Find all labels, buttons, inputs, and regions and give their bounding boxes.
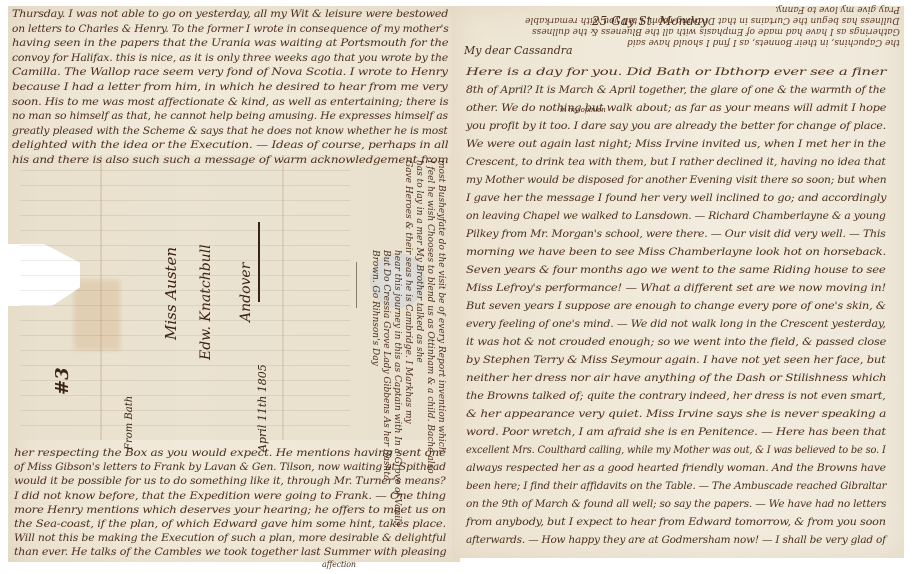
show-through-line: [20, 380, 350, 381]
handwritten-line: always respected her as a good hearted f…: [466, 462, 886, 474]
seal-edge: [356, 262, 357, 308]
handwritten-line: delighted with the idea or the Execution…: [12, 139, 448, 151]
salutation: My dear Cassandra: [464, 44, 573, 57]
interlineation: affection: [322, 560, 356, 569]
handwritten-line: you profit by it too. I dare say you are…: [466, 120, 886, 132]
handwritten-line: 8th of April? It is March & April togeth…: [466, 84, 886, 96]
handwritten-line: the Sea-coast, if the plan, of which Edw…: [14, 518, 446, 530]
handwritten-line: & her appearance very quiet. Miss Irvine…: [466, 408, 886, 420]
handwritten-line: afterwards. — How happy they are at Godm…: [466, 534, 886, 546]
handwritten-line: every feeling of one's mind. — We did no…: [466, 318, 886, 330]
upside-down-line: the Capuchins, in their Bonnets, as I fi…: [627, 37, 900, 47]
handwritten-line: because I had a letter from him, in whic…: [12, 81, 448, 93]
address-line-2: Edw. Knatchbull: [198, 244, 214, 360]
cross-written-line: has to lay in a mer My Brother talked as…: [414, 160, 424, 363]
show-through-line: [20, 215, 350, 216]
show-through-line: [20, 320, 350, 321]
show-through-line: [20, 260, 350, 261]
show-through-line: [20, 395, 350, 396]
address-town: Andover: [238, 263, 254, 322]
interlineation: in my opinion: [560, 106, 606, 114]
address-from: From Bath: [124, 396, 135, 450]
handwritten-line: excellent Mrs. Coulthard calling, while …: [466, 444, 886, 456]
handwritten-line: it was hot & not crouded enough; so we w…: [466, 336, 886, 348]
show-through-line: [20, 275, 350, 276]
show-through-line: [20, 425, 350, 426]
handwritten-line: been here; I find their affidavits on th…: [466, 480, 886, 492]
handwritten-line: Seven years & four months ago we went to…: [466, 264, 886, 276]
cross-written-line: Gave Heroes & their seas he is Cambridge…: [403, 160, 413, 424]
handwritten-line: But seven years I suppose are enough to …: [466, 300, 886, 312]
cross-written-line: I feel he wish Chooses to blend us as Ot…: [425, 160, 435, 474]
show-through-line: [20, 290, 350, 291]
show-through-line: [20, 170, 350, 171]
handwritten-line: more Henry mentions which deserves your …: [14, 504, 446, 516]
show-through-line: [20, 245, 350, 246]
handwritten-line: I gave her the message I found her very …: [466, 192, 886, 204]
handwritten-line: on leaving Chapel we walked to Lansdown.…: [466, 210, 886, 222]
cross-written-line: But Do Cressia Grove Lady Gibbens As her…: [381, 250, 391, 480]
handwritten-line: Crescent, to drink tea with them, but I …: [466, 156, 886, 168]
handwritten-line: my Mother would be disposed for another …: [466, 174, 886, 186]
show-through-line: [20, 365, 350, 366]
handwritten-line: having seen in the papers that the Urani…: [12, 37, 448, 49]
handwritten-line: We were out again last night; Miss Irvin…: [466, 138, 886, 150]
show-through-line: [20, 200, 350, 201]
handwritten-line: morning we have been to see Miss Chamber…: [466, 246, 886, 258]
handwritten-line: his and there is also such such a messag…: [12, 154, 448, 166]
handwritten-line: than ever. He talks of the Cambles we to…: [14, 546, 446, 558]
docket-mark: #3: [52, 367, 73, 395]
handwritten-line: I did not know before, that the Expediti…: [14, 490, 446, 502]
upside-down-line: Gatherings as I have had made of Emphasi…: [532, 26, 900, 36]
show-through-line: [20, 350, 350, 351]
handwritten-line: no man so himself as that, he cannot hel…: [12, 110, 448, 122]
handwritten-line: on letters to Charles & Henry. To the fo…: [12, 23, 448, 35]
address-date: April 11th 1805: [256, 364, 269, 452]
handwritten-line: convoy for Halifax. this is nice, as it …: [12, 52, 448, 64]
cross-written-line: Brown. Go Rihnson's Day: [370, 250, 380, 366]
dateline: 25 Gay St. Monday: [592, 14, 708, 28]
cross-written-line: most Busheyfate do the visit be of every…: [436, 160, 446, 453]
show-through-line: [20, 185, 350, 186]
show-through-line: [20, 410, 350, 411]
handwritten-line: Will not this be making the Execution of…: [14, 532, 446, 544]
handwritten-line: Miss Lefroy's performance! — What a diff…: [466, 282, 886, 294]
handwritten-line: from anybody, but I expect to hear from …: [466, 516, 886, 528]
handwritten-line: Camilla. The Wallop race seem very fond …: [12, 66, 448, 78]
handwritten-line: Pilkey from Mr. Morgan's school, were th…: [466, 228, 886, 240]
handwritten-line: neither her dress nor air have anything …: [466, 372, 886, 384]
handwritten-line: soon. His to me was most affectionate & …: [12, 96, 448, 108]
handwritten-line: the Browns talked of; quite the contrary…: [466, 390, 886, 402]
cross-written-line: hear this journey in this as Captain wit…: [392, 250, 402, 526]
fold-crease: [282, 155, 284, 440]
handwritten-line: other. We do nothing but walk about; as …: [466, 102, 886, 114]
show-through-line: [20, 230, 350, 231]
handwritten-line: by Stephen Terry & Miss Seymour again. I…: [466, 354, 886, 366]
show-through-line: [20, 305, 350, 306]
handwritten-line: Thursday. I was not able to go on yester…: [12, 8, 448, 20]
handwritten-line: word. Poor wretch, I am afraid she is en…: [466, 426, 886, 438]
handwritten-line: greatly pleased with the Scheme & says t…: [12, 125, 448, 137]
handwritten-line: on the 9th of March & found all well; so…: [466, 498, 886, 510]
upside-down-line: Dullness has begun the Curtains in that …: [525, 15, 900, 25]
upside-down-line: Pray give my love to Fanny.: [775, 4, 900, 14]
show-through-line: [20, 335, 350, 336]
handwritten-line: Here is a day for you. Did Bath or Ibtho…: [466, 66, 886, 78]
